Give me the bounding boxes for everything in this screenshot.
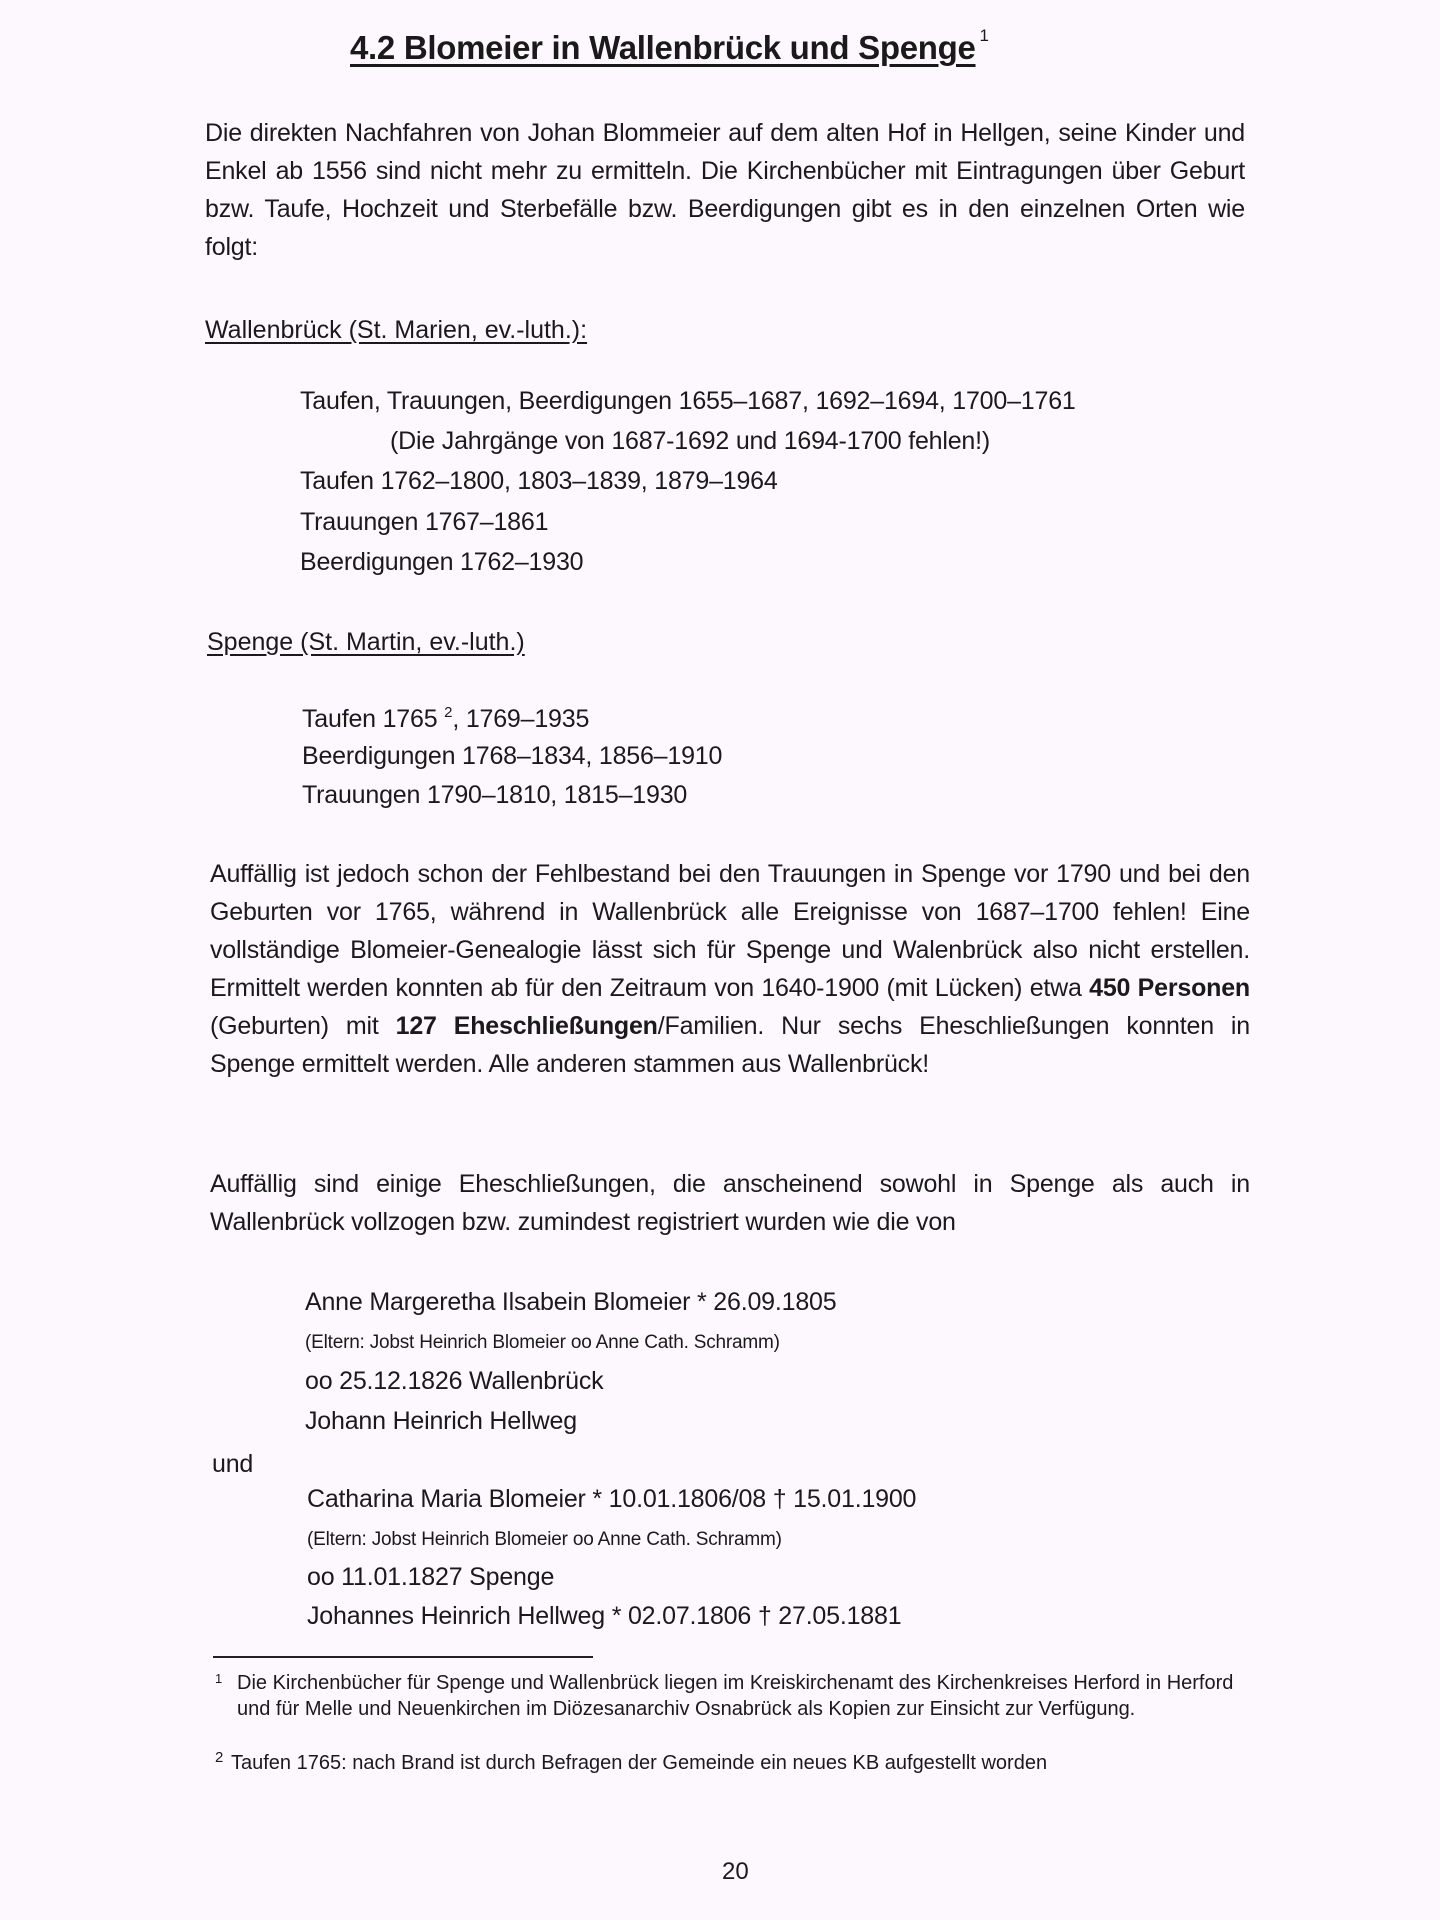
intro-paragraph: Die direkten Nachfahren von Johan Blomme… — [205, 114, 1245, 266]
section-title: 4.2 Blomeier in Wallenbrück und Spenge1 — [350, 26, 989, 67]
marriage-2-bride: Catharina Maria Blomeier * 10.01.1806/08… — [307, 1485, 916, 1514]
section-title-text: 4.2 Blomeier in Wallenbrück und Spenge — [350, 29, 976, 66]
spenge-record: Taufen 1765 2, 1769–1935 — [302, 704, 589, 734]
bold-count-persons: 450 Personen — [1089, 974, 1250, 1002]
wallenbrueck-record: Trauungen 1767–1861 — [300, 508, 548, 537]
spenge-record-text: , 1769–1935 — [452, 705, 589, 733]
conjunction-und: und — [212, 1450, 253, 1479]
page-number: 20 — [722, 1858, 749, 1886]
wallenbrueck-note: (Die Jahrgänge von 1687-1692 und 1694-17… — [390, 427, 990, 456]
marriage-1-groom: Johann Heinrich Hellweg — [305, 1407, 577, 1436]
wallenbrueck-record: Taufen, Trauungen, Beerdigungen 1655–168… — [300, 387, 1076, 416]
footnote-ref-1[interactable]: 1 — [980, 26, 989, 46]
paragraph-fehlbestand: Auffällig ist jedoch schon der Fehlbesta… — [210, 855, 1250, 1083]
spenge-record: Beerdigungen 1768–1834, 1856–1910 — [302, 742, 722, 771]
spenge-heading: Spenge (St. Martin, ev.-luth.) — [207, 628, 525, 657]
spenge-record: Trauungen 1790–1810, 1815–1930 — [302, 781, 687, 810]
footnote-number: 2 — [215, 1745, 223, 1771]
bold-count-marriages: 127 Eheschließungen — [396, 1012, 658, 1040]
footnote-1: 1 Die Kirchenbücher für Spenge und Walle… — [215, 1670, 1255, 1722]
marriage-1-date: oo 25.12.1826 Wallenbrück — [305, 1367, 603, 1396]
footnote-text: Taufen 1765: nach Brand ist durch Befrag… — [215, 1750, 1255, 1776]
footnote-text: Die Kirchenbücher für Spenge und Wallenb… — [215, 1670, 1255, 1722]
wallenbrueck-record: Beerdigungen 1762–1930 — [300, 548, 583, 577]
marriage-2-date: oo 11.01.1827 Spenge — [307, 1563, 554, 1592]
marriage-2-groom: Johannes Heinrich Hellweg * 02.07.1806 †… — [307, 1602, 901, 1631]
footnote-2: 2 Taufen 1765: nach Brand ist durch Befr… — [215, 1750, 1255, 1776]
marriage-1-bride: Anne Margeretha Ilsabein Blomeier * 26.0… — [305, 1288, 836, 1317]
paragraph-text: (Geburten) mit — [210, 1012, 396, 1040]
wallenbrueck-heading: Wallenbrück (St. Marien, ev.-luth.): — [205, 316, 587, 345]
footnote-divider — [213, 1656, 593, 1658]
document-page: 4.2 Blomeier in Wallenbrück und Spenge1 … — [0, 0, 1440, 1920]
paragraph-eheschliessungen: Auffällig sind einige Eheschließungen, d… — [210, 1165, 1250, 1241]
marriage-2-parents: (Eltern: Jobst Heinrich Blomeier oo Anne… — [307, 1529, 782, 1551]
marriage-1-parents: (Eltern: Jobst Heinrich Blomeier oo Anne… — [305, 1332, 780, 1354]
wallenbrueck-record: Taufen 1762–1800, 1803–1839, 1879–1964 — [300, 467, 778, 496]
spenge-record-text: Taufen 1765 — [302, 705, 444, 733]
footnote-number: 1 — [215, 1666, 222, 1692]
